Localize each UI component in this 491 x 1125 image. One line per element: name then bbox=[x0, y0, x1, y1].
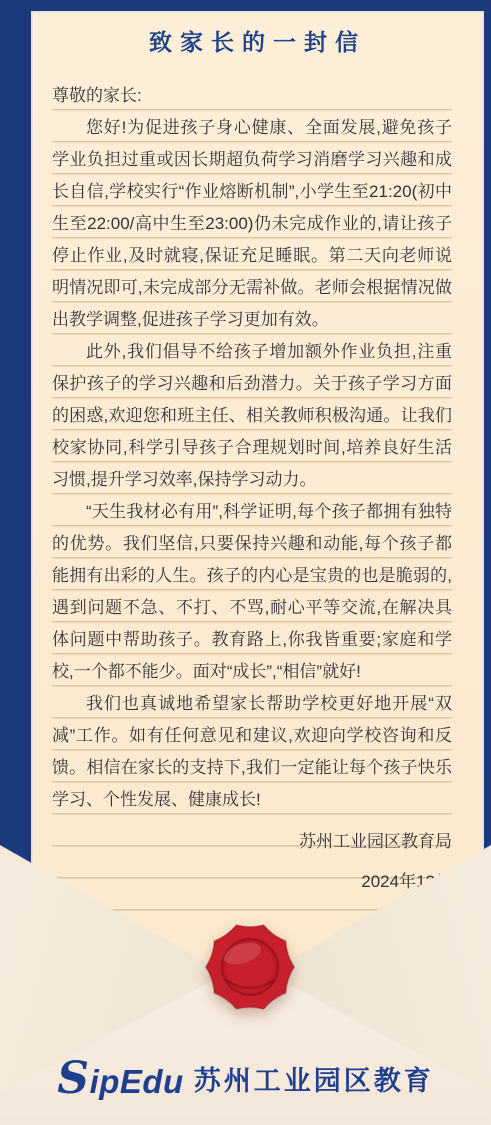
sipedu-logo-chinese: 苏州工业园区教育 bbox=[194, 1059, 434, 1098]
paragraph-2: 此外,我们倡导不给孩子增加额外作业负担,注重保护孩子的学习兴趣和后劲潜力。关于孩… bbox=[52, 336, 452, 496]
letter-poster: 致家长的一封信 尊敬的家长: 您好!为促进孩子身心健康、全面发展,避免孩子学业负… bbox=[0, 0, 491, 1125]
signature-block: 苏州工业园区教育局 2024年12月 bbox=[52, 826, 452, 898]
signature-date: 2024年12月 bbox=[52, 866, 452, 898]
paragraph-1: 您好!为促进孩子身心健康、全面发展,避免孩子学业负担过重或因长期超负荷学习消磨学… bbox=[52, 112, 452, 336]
page-title: 致家长的一封信 bbox=[31, 24, 484, 57]
salutation: 尊敬的家长: bbox=[52, 80, 452, 112]
sipedu-logo-s: S bbox=[57, 1053, 89, 1104]
letter-body: 尊敬的家长: 您好!为促进孩子身心健康、全面发展,避免孩子学业负担过重或因长期超… bbox=[52, 80, 452, 940]
paragraph-3: “天生我材必有用”,科学证明,每个孩子都拥有独特的优势。我们坚信,只要保持兴趣和… bbox=[52, 496, 452, 688]
sipedu-logo-latin: SipEdu bbox=[57, 1053, 183, 1104]
wax-seal-icon bbox=[202, 919, 298, 1015]
signature-org: 苏州工业园区教育局 bbox=[52, 826, 452, 858]
sipedu-logo: SipEdu 苏州工业园区教育 bbox=[0, 1050, 491, 1106]
sipedu-logo-latin-rest: ipEdu bbox=[90, 1063, 184, 1100]
paragraph-4: 我们也真诚地希望家长帮助学校更好地开展“双减”工作。如有任何意见和建议,欢迎向学… bbox=[52, 688, 452, 816]
